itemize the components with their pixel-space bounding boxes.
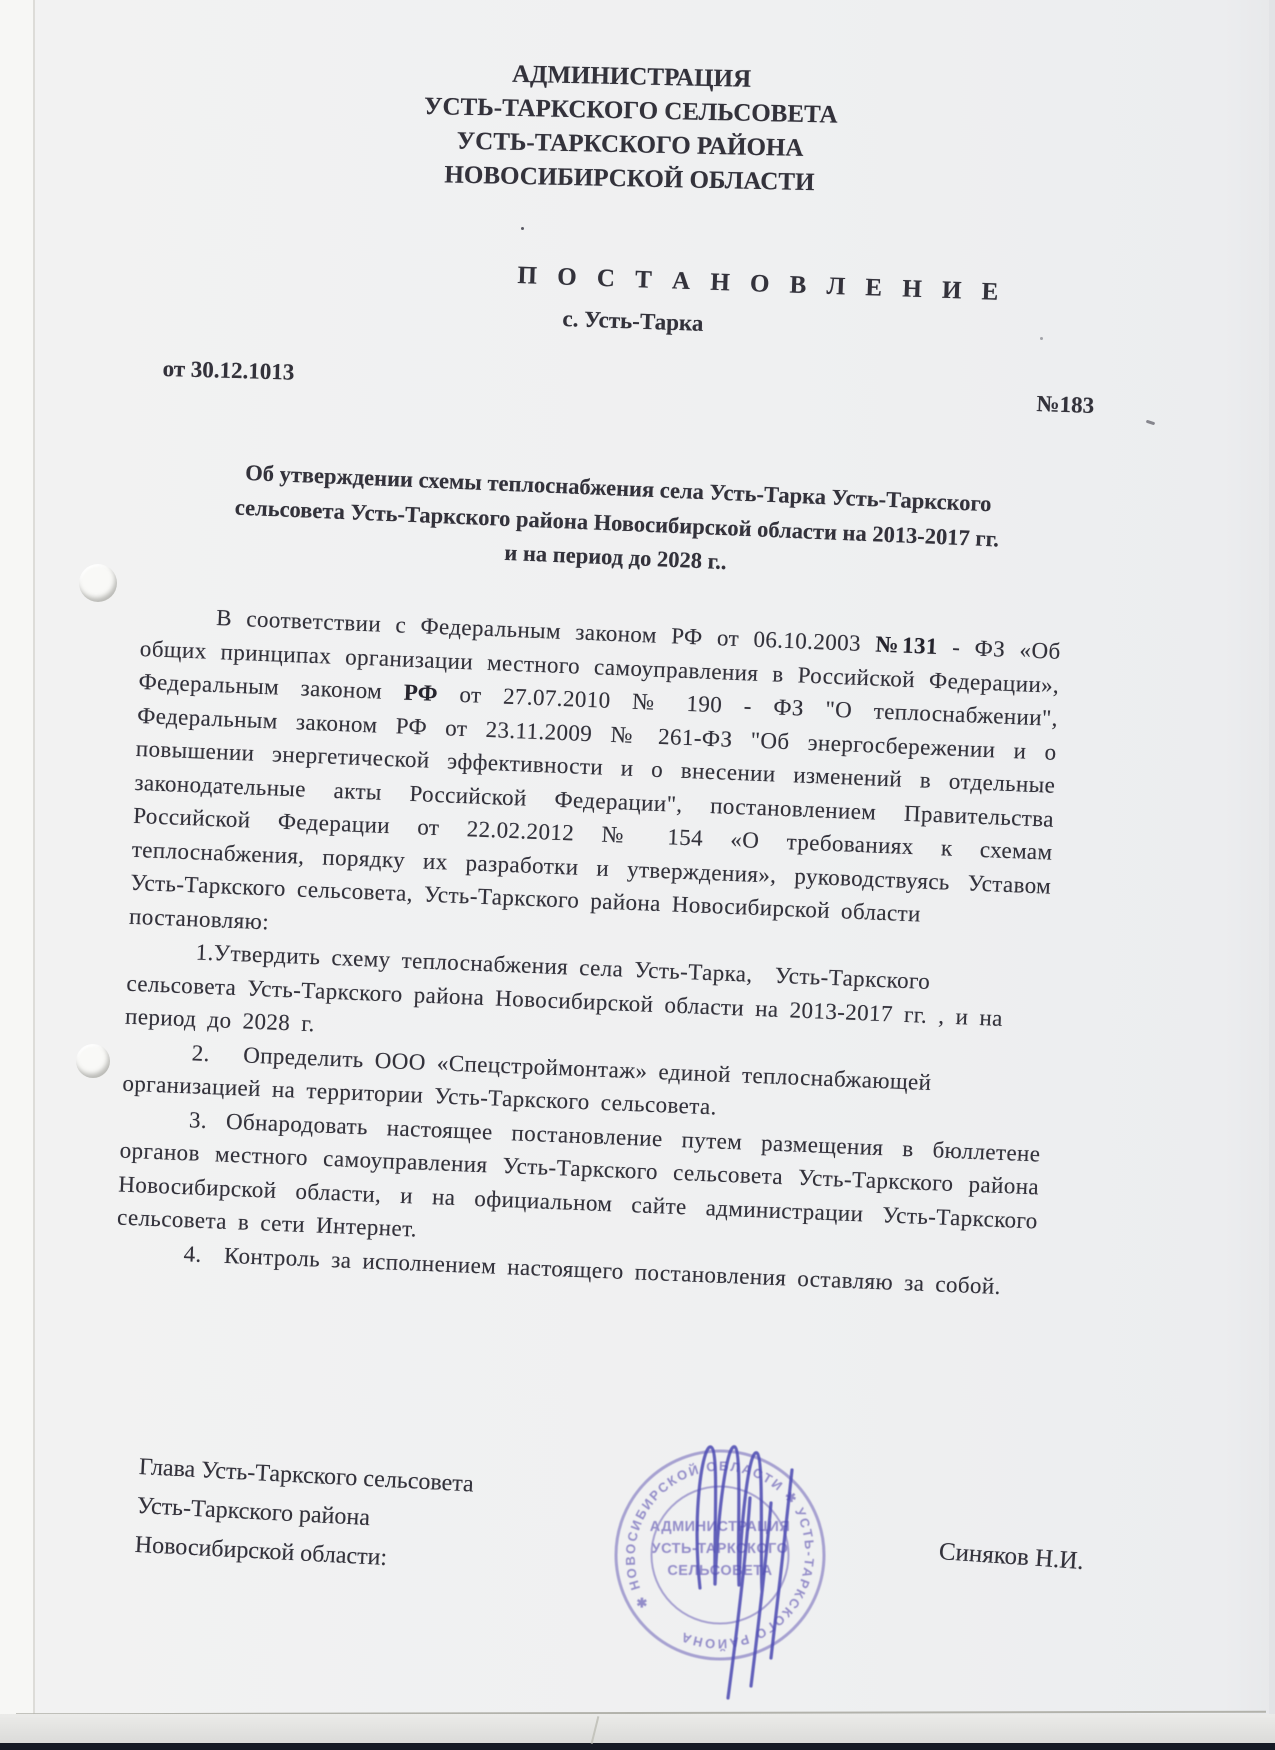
- document-place: с. Усть-Тарка: [562, 306, 704, 337]
- scanner-left-margin: [0, 0, 35, 1716]
- punch-hole-bottom: [76, 1044, 110, 1078]
- document-type-heading: П О С Т А Н О В Л Е Н И Е: [517, 262, 1006, 307]
- official-stamp: ✱ НОВОСИБИРСКОЙ ОБЛАСТИ ✱ УСТЬ-ТАРКСКОГО…: [588, 1398, 878, 1750]
- scan-speck: [1040, 337, 1043, 340]
- paper-right-edge: [1269, 0, 1275, 1714]
- signer-name: Синяков Н.И.: [938, 1538, 1085, 1576]
- stamp-center-line-3: СЕЛЬСОВЕТА: [667, 1563, 772, 1579]
- scanned-document-page: { "document": { "org_lines": [ "АДМИНИСТ…: [0, 0, 1275, 1750]
- punch-hole-top: [79, 564, 117, 602]
- document-date: от 30.12.1013: [162, 356, 294, 386]
- document-title: Об утверждении схемы теплоснабжения села…: [148, 452, 1087, 595]
- document-body: В соответствии с Федеральным законом РФ …: [115, 598, 1061, 1304]
- scan-speck: [521, 227, 524, 230]
- preamble-paragraph: В соответствии с Федеральным законом РФ …: [130, 598, 1061, 936]
- scan-speck: [1146, 420, 1155, 426]
- document-number: №183: [1036, 391, 1094, 419]
- signature-position-block: Глава Усть-Таркского сельсовета Усть-Тар…: [134, 1448, 475, 1582]
- letterhead-org-name: АДМИНИСТРАЦИЯ УСТЬ-ТАРКСКОГО СЕЛЬСОВЕТА …: [329, 54, 932, 203]
